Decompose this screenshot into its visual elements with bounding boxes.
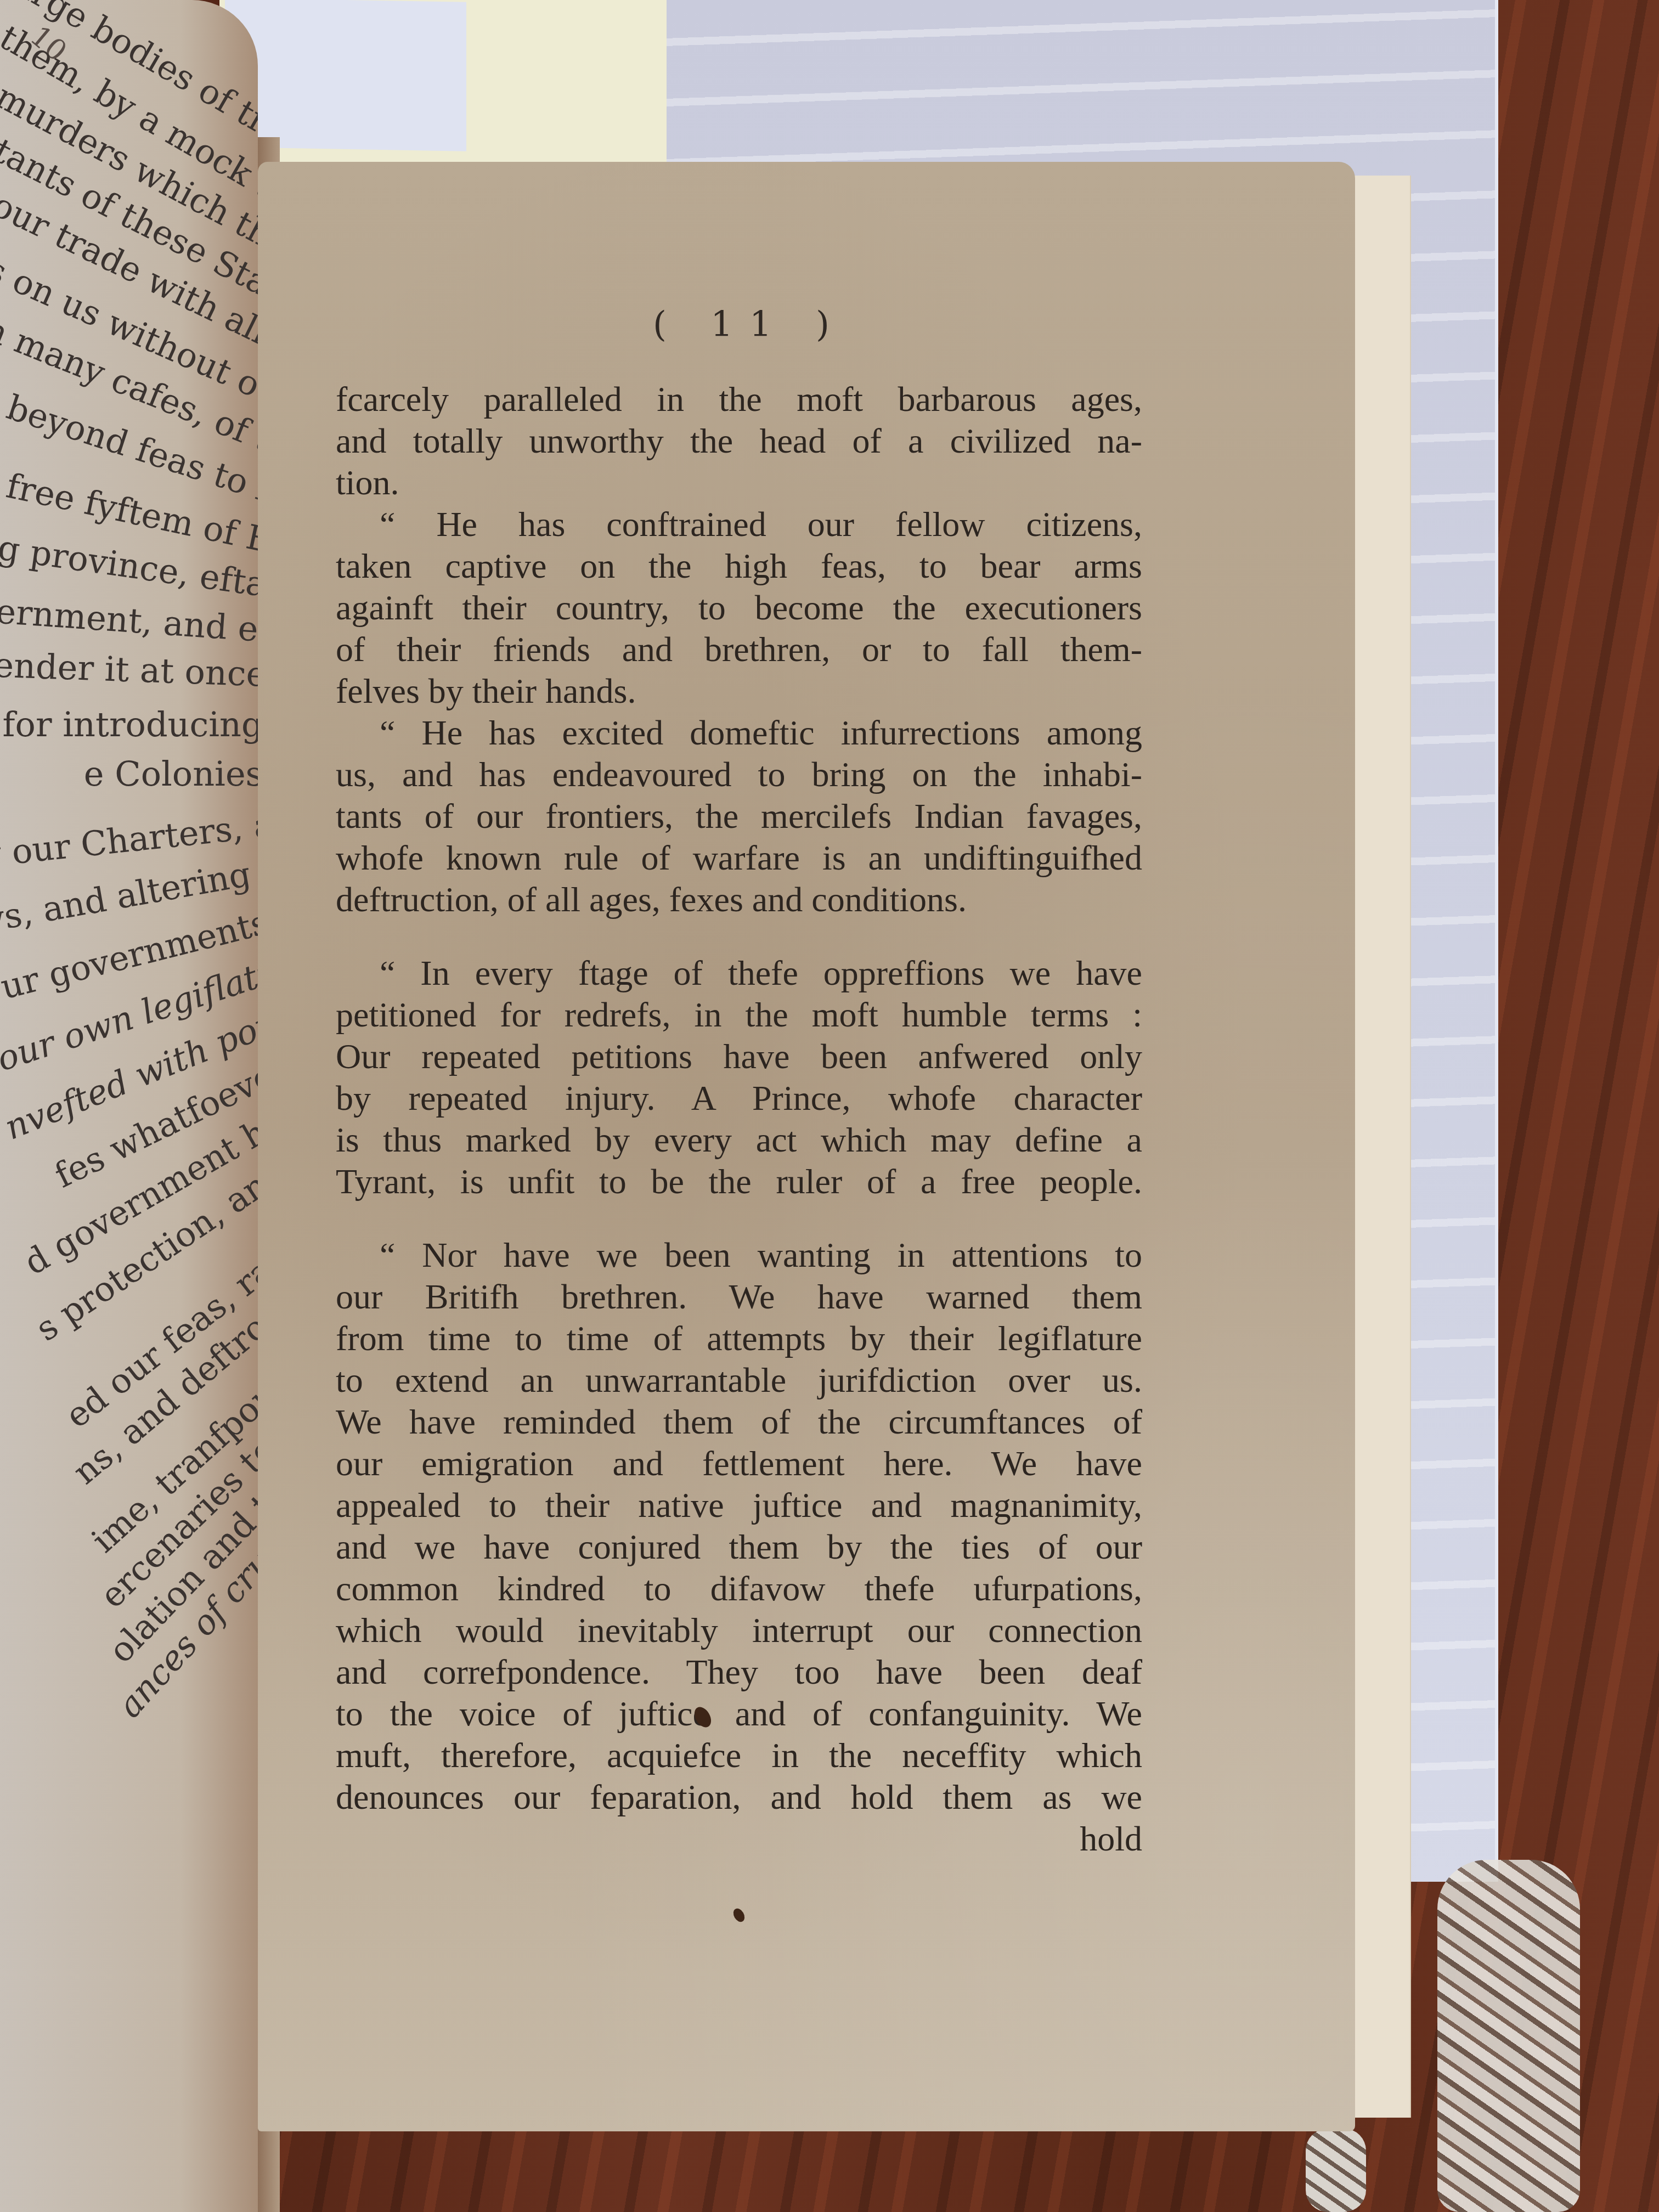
text-line: is thus marked by every act which may de… bbox=[336, 1119, 1142, 1161]
paragraph: “ He has excited domeftic infurrections … bbox=[336, 712, 1142, 921]
text-line: and we have conjured them by the ties of… bbox=[336, 1526, 1142, 1568]
text-line: our Britifh brethren. We have warned the… bbox=[336, 1276, 1142, 1318]
paragraph: “ He has conftrained our fellow citizens… bbox=[336, 504, 1142, 712]
text-line: which would inevitably interrupt our con… bbox=[336, 1610, 1142, 1651]
left-page: 10 large bodies of troops them, by a moc… bbox=[0, 0, 258, 2212]
text-line: and totally unworthy the head of a civil… bbox=[336, 420, 1142, 462]
text-line: “ He has conftrained our fellow citizens… bbox=[336, 504, 1142, 545]
text-line: Tyrant, is unfit to be the ruler of a fr… bbox=[336, 1161, 1142, 1203]
text-line: e Colonies : bbox=[0, 757, 258, 791]
text-line: We have reminded them of the circumftanc… bbox=[336, 1401, 1142, 1443]
text-line: “ He has excited domeftic infurrections … bbox=[336, 712, 1142, 754]
text-line: whofe known rule of warfare is an undift… bbox=[336, 837, 1142, 879]
paragraph: “ In every ftage of thefe oppreffions we… bbox=[336, 952, 1142, 1203]
text-line: againft their country, to become the exe… bbox=[336, 587, 1142, 629]
rope-tassel-left bbox=[1306, 2129, 1366, 2212]
paragraph: “ Nor have we been wanting in attentions… bbox=[336, 1234, 1142, 1818]
left-page-text: large bodies of troops them, by a mock t… bbox=[0, 93, 258, 1515]
text-line: to the voice of juftice and of confangui… bbox=[336, 1693, 1142, 1735]
text-line: t for introducing the fame bbox=[0, 708, 258, 742]
text-line: “ In every ftage of thefe oppreffions we… bbox=[336, 952, 1142, 994]
text-line: to extend an unwarrantable jurifdiction … bbox=[336, 1359, 1142, 1401]
text-line: vernment, and enlarging bbox=[0, 593, 258, 648]
rope-tassel bbox=[1437, 1860, 1580, 2212]
text-line: and correfpondence. They too have been d… bbox=[336, 1651, 1142, 1693]
white-label bbox=[225, 0, 466, 151]
text-line: petitioned for redrefs, in the moft humb… bbox=[336, 994, 1142, 1036]
page-number: ( 11 ) bbox=[653, 304, 846, 345]
text-line: fcarcely paralleled in the moft barbarou… bbox=[336, 379, 1142, 420]
text-line: deftruction, of all ages, fexes and cond… bbox=[336, 879, 1142, 921]
text-line: appealed to their native juftice and mag… bbox=[336, 1485, 1142, 1526]
text-line: taken captive on the high feas, to bear … bbox=[336, 545, 1142, 587]
text-line: tion. bbox=[336, 462, 1142, 504]
text-line: common kindred to difavow thefe ufurpati… bbox=[336, 1568, 1142, 1610]
text-line: “ Nor have we been wanting in attentions… bbox=[336, 1234, 1142, 1276]
inner-sheet-edge bbox=[1350, 176, 1411, 2118]
text-line: tants of our frontiers, the mercilefs In… bbox=[336, 795, 1142, 837]
text-line: of their friends and brethren, or to fal… bbox=[336, 629, 1142, 670]
paragraph: fcarcely paralleled in the moft barbarou… bbox=[336, 379, 1142, 504]
text-line: felves by their hands. bbox=[336, 670, 1142, 712]
paragraph-gap bbox=[336, 1203, 1142, 1234]
text-line: muft, therefore, acquiefce in the neceff… bbox=[336, 1735, 1142, 1776]
text-line: from time to time of attempts by their l… bbox=[336, 1318, 1142, 1359]
page-text: fcarcely paralleled in the moft barbarou… bbox=[336, 379, 1142, 1860]
text-line: us, and has endeavoured to bring on the … bbox=[336, 754, 1142, 795]
text-line: our emigration and fettlement here. We h… bbox=[336, 1443, 1142, 1485]
paragraph-gap bbox=[336, 921, 1142, 952]
text-line: render it at once an ex- bbox=[0, 647, 258, 692]
catchword: hold bbox=[336, 1818, 1142, 1860]
text-line: Our repeated petitions have been anfwere… bbox=[336, 1036, 1142, 1077]
text-line: denounces our feparation, and hold them … bbox=[336, 1776, 1142, 1818]
text-line: by repeated injury. A Prince, whofe char… bbox=[336, 1077, 1142, 1119]
